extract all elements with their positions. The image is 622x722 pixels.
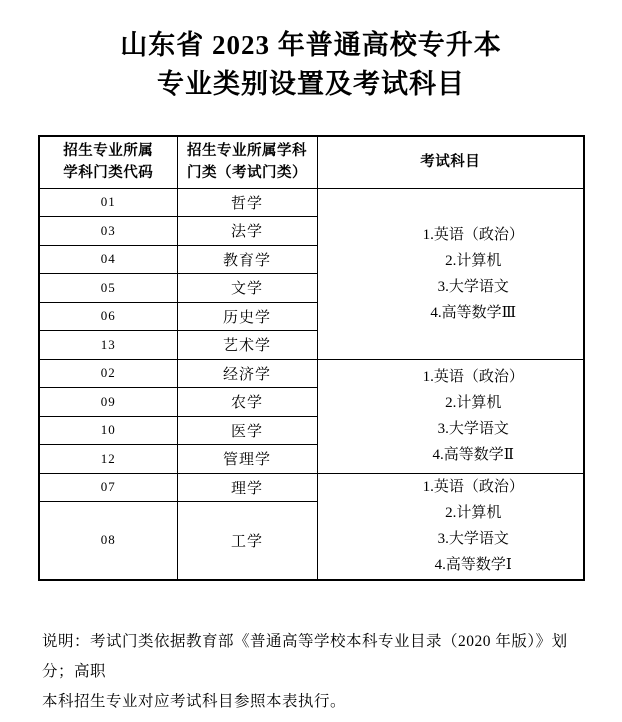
table-row: 02 经济学 1.英语（政治） 2.计算机 3.大学语文 4.高等数学Ⅱ	[39, 359, 584, 388]
name-cell: 法学	[177, 217, 317, 246]
name-cell: 医学	[177, 416, 317, 445]
code-cell: 06	[39, 302, 177, 331]
name-cell: 管理学	[177, 445, 317, 474]
name-cell: 农学	[177, 388, 317, 417]
table-row: 01 哲学 1.英语（政治） 2.计算机 3.大学语文 4.高等数学Ⅲ	[39, 188, 584, 217]
code-cell: 03	[39, 217, 177, 246]
header-discipline-code-line2: 学科门类代码	[40, 162, 177, 184]
footnote-line2: 本科招生专业对应考试科目参照本表执行。	[42, 687, 590, 717]
code-cell: 09	[39, 388, 177, 417]
name-cell: 理学	[177, 473, 317, 502]
exam-subjects-table: 招生专业所属 学科门类代码 招生专业所属学科 门类（考试门类） 考试科目 01 …	[38, 135, 585, 581]
subject-line: 1.英语（政治）	[364, 474, 584, 500]
code-cell: 01	[39, 188, 177, 217]
document-page: { "title": { "line1": "山东省 2023 年普通高校专升本…	[0, 0, 622, 722]
code-cell: 12	[39, 445, 177, 474]
name-cell: 文学	[177, 274, 317, 303]
footnote: 说明：考试门类依据教育部《普通高等学校本科专业目录（2020 年版）》划分；高职…	[42, 627, 590, 717]
subject-line: 3.大学语文	[364, 416, 584, 442]
subject-line: 4.高等数学Ⅰ	[364, 552, 584, 578]
subject-line: 3.大学语文	[364, 526, 584, 552]
subjects-cell-group1: 1.英语（政治） 2.计算机 3.大学语文 4.高等数学Ⅲ	[317, 188, 584, 359]
header-discipline-category-line1: 招生专业所属学科	[178, 140, 317, 162]
name-cell: 工学	[177, 502, 317, 580]
subject-line: 2.计算机	[364, 500, 584, 526]
code-cell: 07	[39, 473, 177, 502]
code-cell: 05	[39, 274, 177, 303]
subjects-cell-group3: 1.英语（政治） 2.计算机 3.大学语文 4.高等数学Ⅰ	[317, 473, 584, 580]
subject-line: 4.高等数学Ⅲ	[364, 300, 584, 326]
subjects-cell-group2: 1.英语（政治） 2.计算机 3.大学语文 4.高等数学Ⅱ	[317, 359, 584, 473]
footnote-line1: 说明：考试门类依据教育部《普通高等学校本科专业目录（2020 年版）》划分；高职	[42, 627, 590, 687]
code-cell: 02	[39, 359, 177, 388]
name-cell: 教育学	[177, 245, 317, 274]
header-discipline-category: 招生专业所属学科 门类（考试门类）	[177, 136, 317, 188]
header-discipline-code: 招生专业所属 学科门类代码	[39, 136, 177, 188]
name-cell: 哲学	[177, 188, 317, 217]
subject-line: 1.英语（政治）	[364, 222, 584, 248]
table-header-row: 招生专业所属 学科门类代码 招生专业所属学科 门类（考试门类） 考试科目	[39, 136, 584, 188]
subject-line: 4.高等数学Ⅱ	[364, 442, 584, 468]
name-cell: 艺术学	[177, 331, 317, 360]
subject-line: 3.大学语文	[364, 274, 584, 300]
subject-line: 2.计算机	[364, 248, 584, 274]
code-cell: 10	[39, 416, 177, 445]
code-cell: 04	[39, 245, 177, 274]
name-cell: 经济学	[177, 359, 317, 388]
name-cell: 历史学	[177, 302, 317, 331]
header-discipline-category-line2: 门类（考试门类）	[178, 162, 317, 184]
page-title-line1: 山东省 2023 年普通高校专升本	[0, 26, 622, 65]
code-cell: 13	[39, 331, 177, 360]
table-row: 07 理学 1.英语（政治） 2.计算机 3.大学语文 4.高等数学Ⅰ	[39, 473, 584, 502]
subject-line: 1.英语（政治）	[364, 364, 584, 390]
header-exam-subjects: 考试科目	[317, 136, 584, 188]
subject-line: 2.计算机	[364, 390, 584, 416]
page-title-line2: 专业类别设置及考试科目	[0, 65, 622, 104]
code-cell: 08	[39, 502, 177, 580]
header-discipline-code-line1: 招生专业所属	[40, 140, 177, 162]
page-title: 山东省 2023 年普通高校专升本 专业类别设置及考试科目	[0, 26, 622, 104]
